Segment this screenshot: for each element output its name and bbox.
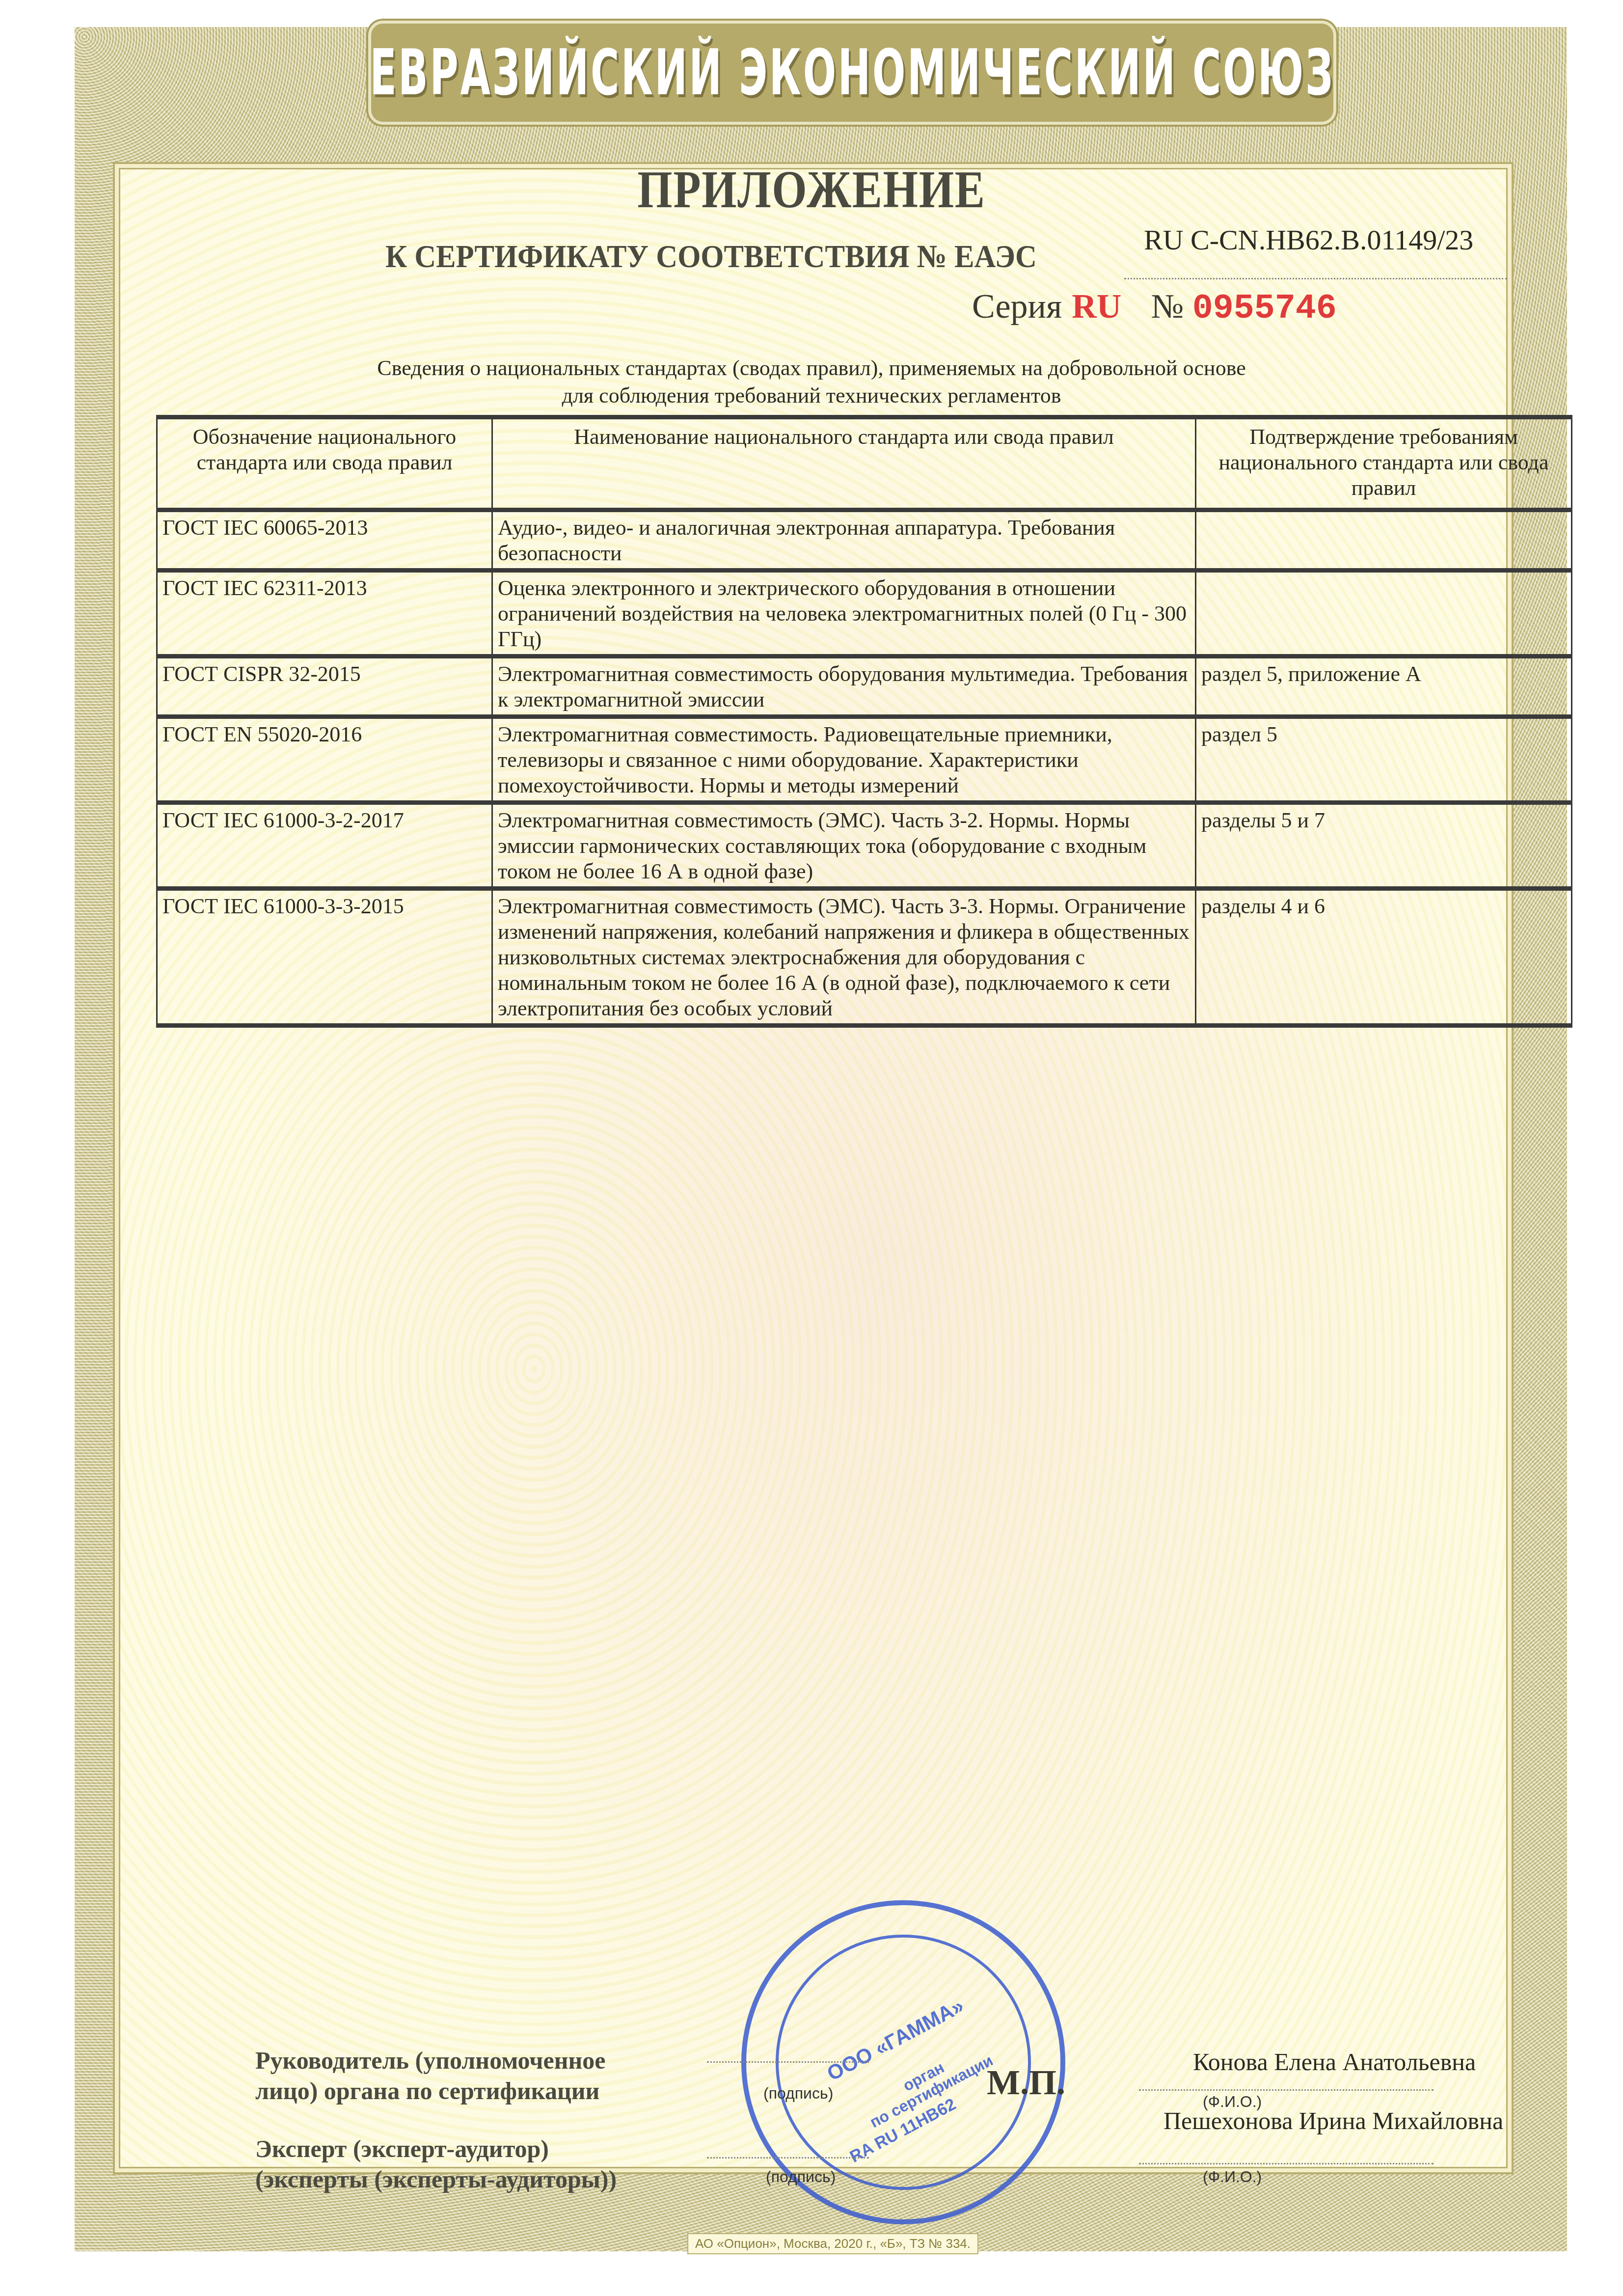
expert-name-caption: (Ф.И.О.) xyxy=(1203,2168,1262,2186)
series-value: RU xyxy=(1072,288,1121,326)
standard-confirmation: раздел 5 xyxy=(1196,717,1572,803)
table-row: ГОСТ IEC 62311-2013 Оценка электронного … xyxy=(157,571,1572,656)
standard-name: Электромагнитная совместимость (ЭМС). Ча… xyxy=(492,889,1196,1026)
standard-name: Электромагнитная совместимость оборудова… xyxy=(492,656,1196,717)
head-signature-line xyxy=(707,2061,869,2063)
table-row: ГОСТ IEC 61000-3-2-2017 Электромагнитная… xyxy=(157,803,1572,889)
seal-mark: М.П. xyxy=(987,2062,1065,2103)
table-row: ГОСТ CISPR 32-2015 Электромагнитная совм… xyxy=(157,656,1572,717)
header-confirmation: Подтверждение требованиям национального … xyxy=(1196,417,1572,510)
expert-label-line-1: Эксперт (эксперт-аудитор) xyxy=(255,2133,617,2164)
head-label-line-1: Руководитель (уполномоченное xyxy=(255,2045,606,2076)
standard-code: ГОСТ IEC 61000-3-3-2015 xyxy=(157,889,492,1026)
standard-confirmation: разделы 5 и 7 xyxy=(1196,803,1572,889)
standard-name: Оценка электронного и электрического обо… xyxy=(492,571,1196,656)
header-code: Обозначение национального стандарта или … xyxy=(157,417,492,510)
printer-imprint: АО «Опцион», Москва, 2020 г., «Б», ТЗ № … xyxy=(687,2233,978,2254)
standard-confirmation: раздел 5, приложение А xyxy=(1196,656,1572,717)
standards-table: Обозначение национального стандарта или … xyxy=(156,415,1572,1028)
standard-confirmation xyxy=(1196,571,1572,656)
number-label: № xyxy=(1151,288,1184,326)
table-header-row: Обозначение национального стандарта или … xyxy=(157,417,1572,510)
head-name: Конова Елена Анатольевна xyxy=(1193,2048,1476,2076)
table-row: ГОСТ IEC 60065-2013 Аудио-, видео- и ана… xyxy=(157,510,1572,571)
standard-confirmation: разделы 4 и 6 xyxy=(1196,889,1572,1026)
standard-code: ГОСТ CISPR 32-2015 xyxy=(157,656,492,717)
standard-code: ГОСТ IEC 61000-3-2-2017 xyxy=(157,803,492,889)
standard-name: Электромагнитная совместимость (ЭМС). Ча… xyxy=(492,803,1196,889)
head-signature-caption: (подпись) xyxy=(763,2084,833,2103)
certificate-number-underline xyxy=(1124,278,1507,279)
series-label: Серия xyxy=(972,288,1062,326)
standard-code: ГОСТ IEC 60065-2013 xyxy=(157,510,492,571)
header-name: Наименование национального стандарта или… xyxy=(492,417,1196,510)
standard-code: ГОСТ EN 55020-2016 xyxy=(157,717,492,803)
expert-signature-caption: (подпись) xyxy=(766,2168,836,2186)
certificate-subtitle: К СЕРТИФИКАТУ СООТВЕТСТВИЯ № ЕАЭС xyxy=(385,238,1037,275)
head-label-line-2: лицо) органа по сертификации xyxy=(255,2076,606,2106)
head-label: Руководитель (уполномоченное лицо) орган… xyxy=(255,2045,606,2106)
page-title: ПРИЛОЖЕНИЕ xyxy=(122,160,1501,220)
table-row: ГОСТ EN 55020-2016 Электромагнитная совм… xyxy=(157,717,1572,803)
expert-signature-line xyxy=(707,2157,869,2159)
standard-confirmation xyxy=(1196,510,1572,571)
head-name-line xyxy=(1139,2089,1434,2091)
standard-code: ГОСТ IEC 62311-2013 xyxy=(157,571,492,656)
intro-text: Сведения о национальных стандартах (свод… xyxy=(0,355,1623,410)
expert-label-line-2: (эксперты (эксперты-аудиторы)) xyxy=(255,2164,617,2194)
expert-label: Эксперт (эксперт-аудитор) (эксперты (экс… xyxy=(255,2133,617,2194)
union-banner: ЕВРАЗИЙСКИЙ ЭКОНОМИЧЕСКИЙ СОЮЗ xyxy=(368,21,1336,125)
expert-name: Пешехонова Ирина Михайловна xyxy=(1163,2106,1503,2135)
banner-text: ЕВРАЗИЙСКИЙ ЭКОНОМИЧЕСКИЙ СОЮЗ xyxy=(370,36,1335,109)
standard-name: Электромагнитная совместимость. Радиовещ… xyxy=(492,717,1196,803)
blank-number: 0955746 xyxy=(1192,290,1337,328)
certificate-number: RU C-CN.НВ62.В.01149/23 xyxy=(1144,223,1473,256)
table-row: ГОСТ IEC 61000-3-3-2015 Электромагнитная… xyxy=(157,889,1572,1026)
expert-name-line xyxy=(1139,2163,1434,2164)
standard-name: Аудио-, видео- и аналогичная электронная… xyxy=(492,510,1196,571)
intro-line-1: Сведения о национальных стандартах (свод… xyxy=(0,355,1623,382)
intro-line-2: для соблюдения требований технических ре… xyxy=(0,382,1623,410)
series-block: СерияRU№ 0955746 xyxy=(972,287,1337,328)
